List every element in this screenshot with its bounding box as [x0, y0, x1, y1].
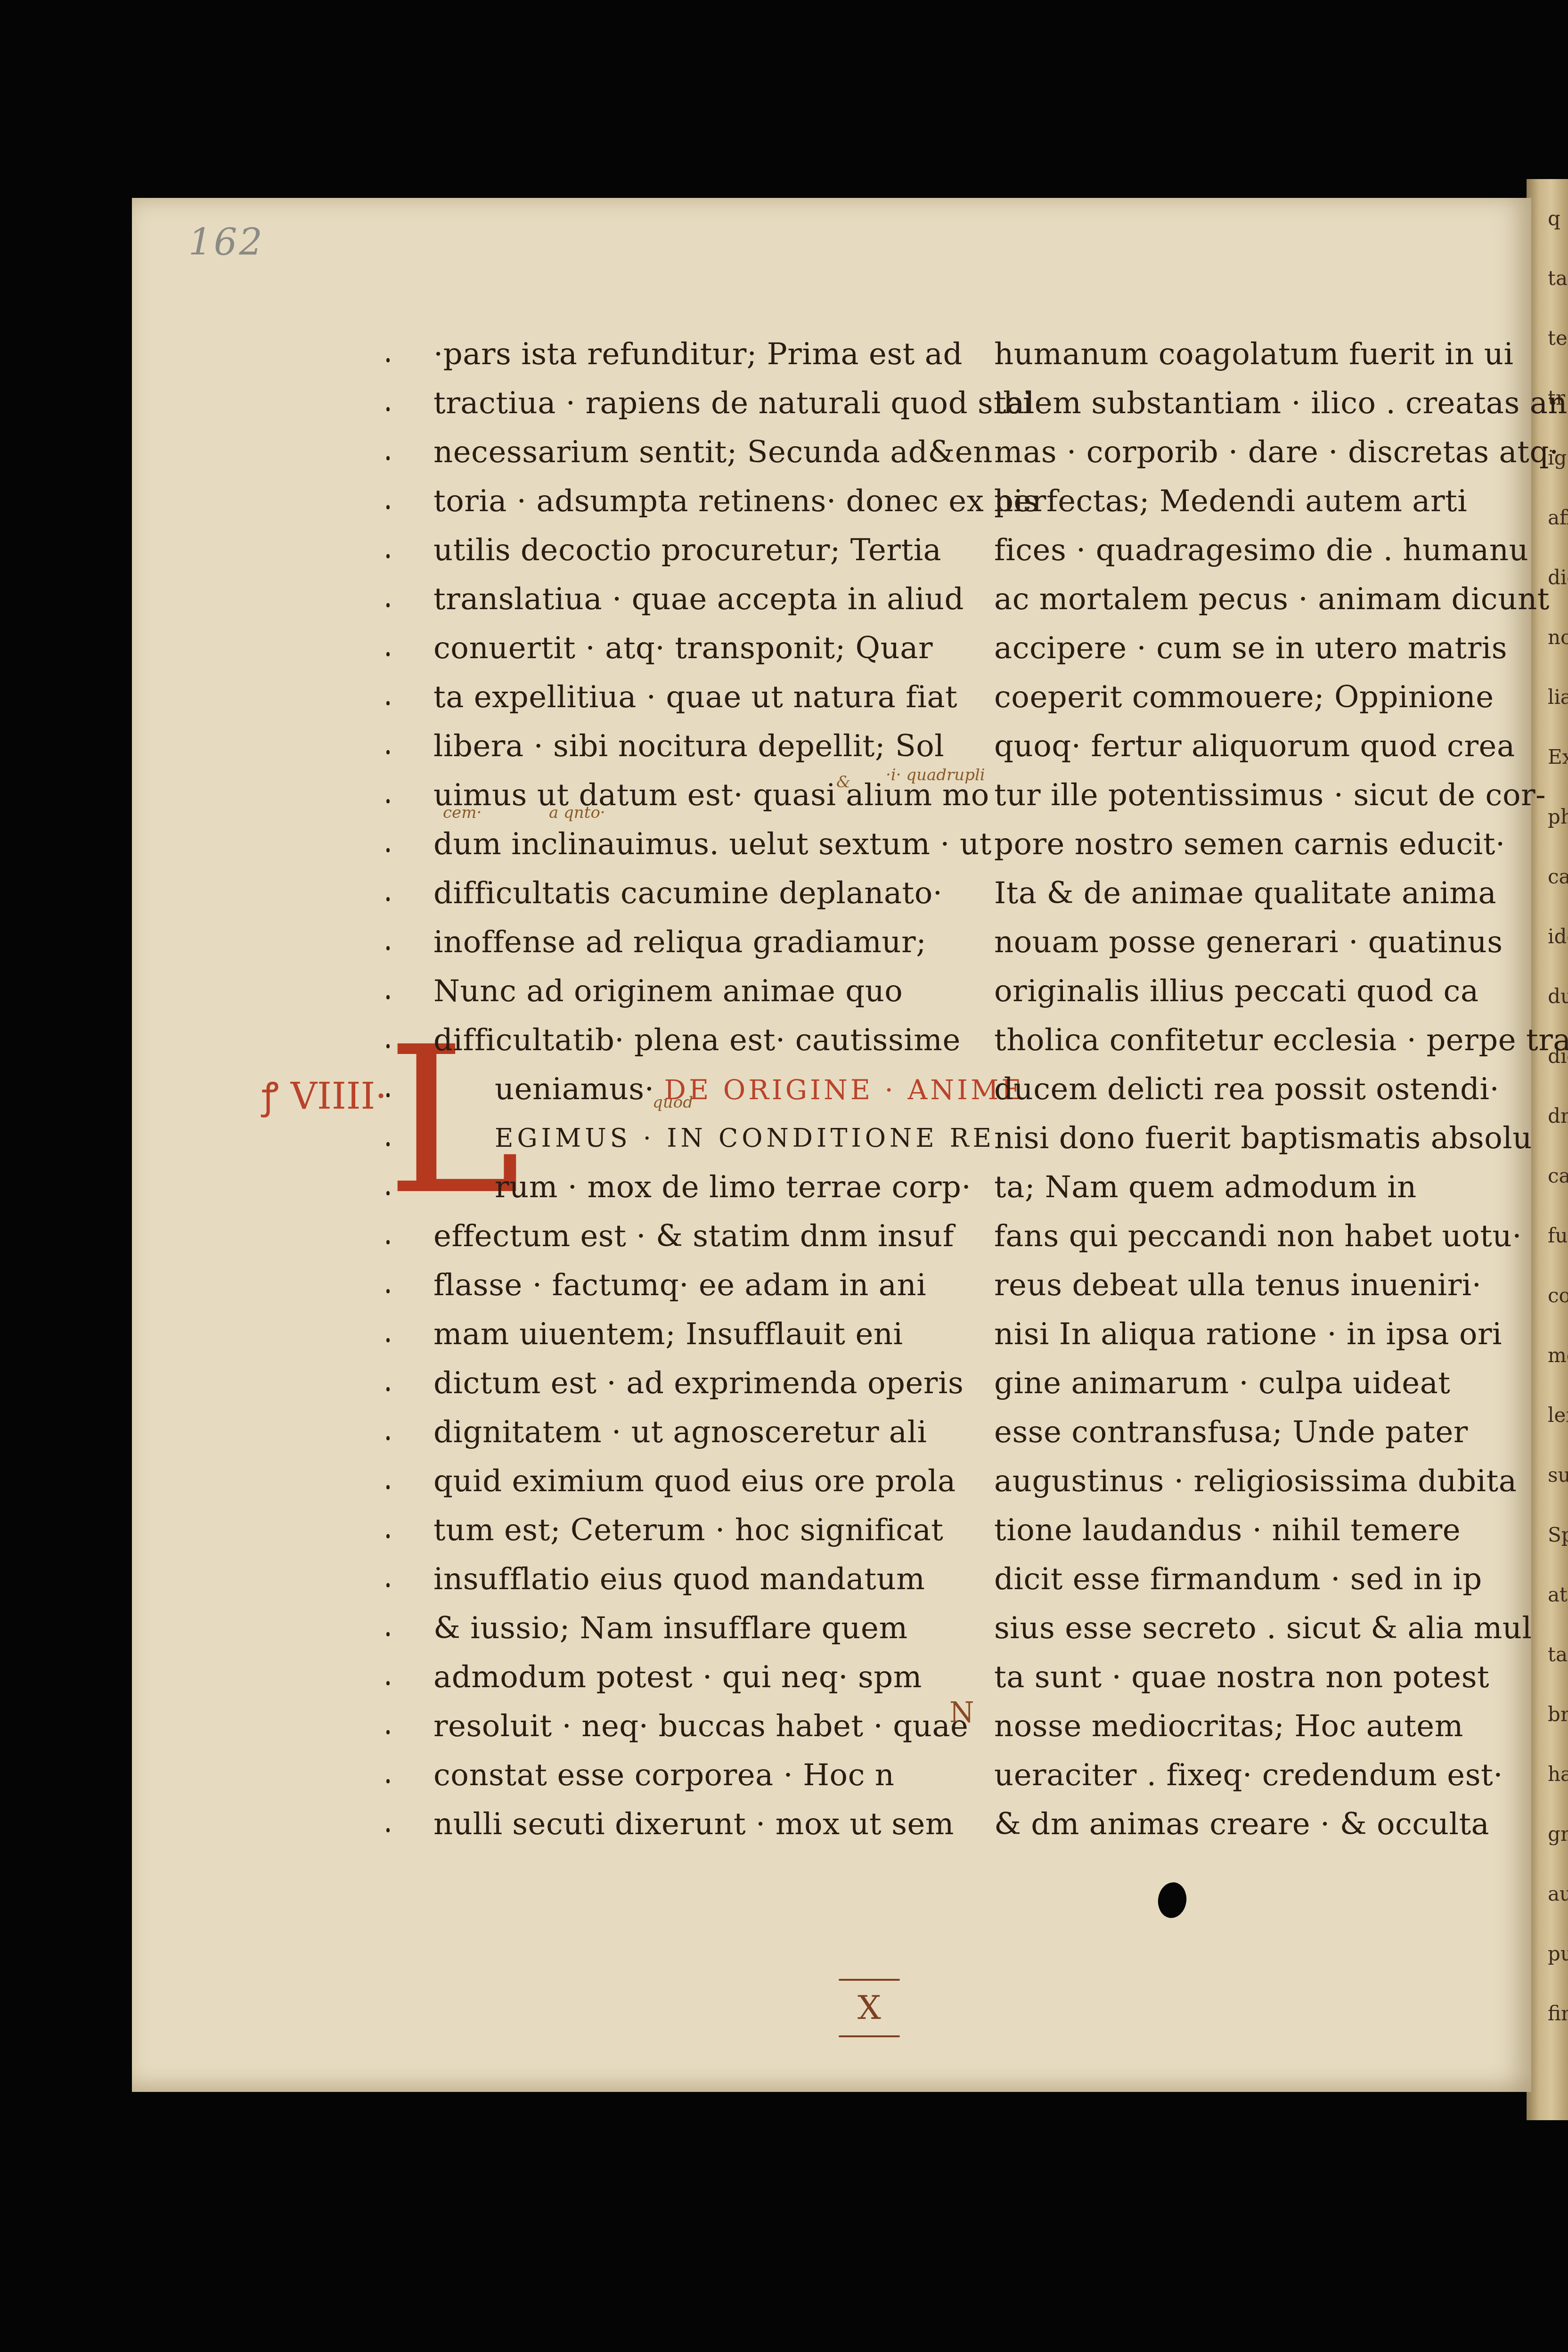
text-line: ta sunt · quae nostra non potest [994, 1653, 1517, 1702]
pricking-mark [386, 456, 390, 460]
pricking-mark [386, 358, 390, 362]
pricking-mark [386, 799, 390, 803]
pricking-mark [386, 1044, 390, 1048]
text-line: ta; Nam quem admodum in [994, 1163, 1517, 1212]
facing-leaf-fragment: briu [1548, 1684, 1568, 1744]
facing-leaf-fragment: calu [1548, 1146, 1568, 1206]
text-line: dignitatem · ut agnosceretur ali [433, 1408, 961, 1457]
facing-leaf-fragment: Spi [1548, 1505, 1568, 1565]
facing-leaf-fragment: dni [1548, 1086, 1568, 1146]
text-line: inoffense ad reliqua gradiamur; [433, 918, 961, 967]
text-line: originalis illius peccati quod ca [994, 967, 1517, 1016]
interlinear-gloss: ·i· quadrupli [886, 766, 985, 784]
text-column-left: ·pars ista refunditur; Prima est adtract… [433, 330, 961, 1849]
facing-leaf-fragment: mg [1548, 1325, 1568, 1385]
pricking-mark [386, 701, 390, 705]
facing-leaf-fragment: ph [1548, 787, 1568, 847]
quire-rule-bottom [839, 2035, 900, 2037]
pricking-mark [386, 897, 390, 901]
pricking-mark [386, 1240, 390, 1244]
pricking-mark [386, 750, 390, 754]
pricking-mark [386, 505, 390, 509]
pricking-mark [386, 1485, 390, 1489]
facing-leaf-fragment: dic [1548, 547, 1568, 607]
interlinear-gloss: a qnto· [549, 803, 605, 822]
interlinear-gloss: & [836, 773, 850, 792]
text-line: resoluit · neq· buccas habet · quae [433, 1702, 961, 1751]
text-line: flasse · factumq· ee adam in ani [433, 1261, 961, 1310]
facing-leaf-fragment: Ex [1548, 727, 1568, 787]
text-line: ta expellitiua · quae ut natura fiat [433, 673, 961, 722]
text-line: & iussio; Nam insufflare quem [433, 1604, 961, 1653]
pricking-mark [386, 603, 390, 607]
pricking-mark [386, 652, 390, 656]
text-line: Ita & de animae qualitate anima [994, 869, 1517, 918]
facing-leaf-fragment: ta qu [1548, 1625, 1568, 1684]
quire-rule-top [839, 1979, 900, 1981]
facing-leaf-fragment: lem [1548, 1385, 1568, 1445]
rubric-title: DE ORIGINE · ANIME [664, 1074, 1024, 1106]
text-line: quid eximium quod eius ore prola [433, 1457, 961, 1506]
facing-leaf-fragment: gna [1548, 1804, 1568, 1864]
quire-letter: X [834, 1988, 905, 2027]
quire-signature: X [834, 1969, 905, 2045]
text-line: & dm animas creare · & occulta [994, 1800, 1517, 1849]
facing-leaf-fragment: ta [1548, 248, 1568, 308]
pricking-mark [386, 1436, 390, 1440]
text-line: tractiua · rapiens de naturali quod sibi [433, 379, 961, 428]
facing-leaf-fragment: q [1548, 188, 1568, 248]
text-line: uimus ut datum est· quasi alium mo [433, 771, 961, 820]
pricking-mark [386, 1191, 390, 1195]
text-line: tholica confitetur ecclesia · perpe tra [994, 1016, 1517, 1065]
interlinear-gloss: quod [653, 1093, 693, 1112]
text-line: effectum est · & statim dnm insuf [433, 1212, 961, 1261]
pricking-mark [386, 1828, 390, 1832]
text-line: ueraciter . fixeq· credendum est· [994, 1751, 1517, 1800]
facing-leaf-fragment: aff [1548, 488, 1568, 547]
text-line: nisi In aliqua ratione · in ipsa ori [994, 1310, 1517, 1359]
pricking-mark [386, 946, 390, 950]
text-line: ac mortalem pecus · animam dicunt [994, 575, 1517, 624]
pricking-mark [386, 1779, 390, 1783]
text-line: pore nostro semen carnis educit· [994, 820, 1517, 869]
text-line: difficultatis cacumine deplanato· [433, 869, 961, 918]
interlinear-gloss: cem· [443, 803, 482, 822]
chapter-mark: ꝭ VIIII· [261, 1070, 387, 1119]
text-line: ducem delicti rea possit ostendi· [994, 1065, 1517, 1114]
text-line: sius esse secreto . sicut & alia mul [994, 1604, 1517, 1653]
text-line: ·pars ista refunditur; Prima est ad [433, 330, 961, 379]
pricking-mark [386, 407, 390, 411]
facing-leaf-fragment: no [1548, 607, 1568, 667]
facing-leaf-fragment: lia [1548, 667, 1568, 727]
text-line: tur ille potentissimus · sicut de cor- [994, 771, 1517, 820]
facing-leaf-fragment: cam [1548, 847, 1568, 906]
text-line: constat esse corporea · Hoc n [433, 1751, 961, 1800]
pricking-mark [386, 554, 390, 558]
facing-leaf-fragment: suff [1548, 1445, 1568, 1505]
pricking-mark [386, 1681, 390, 1685]
facing-leaf-fragment: te [1548, 308, 1568, 368]
text-line: nisi dono fuerit baptismatis absolu [994, 1114, 1517, 1163]
text-line: tum est; Ceterum · hoc significat [433, 1506, 961, 1555]
facing-leaf-fragment: conf [1548, 1266, 1568, 1325]
text-line: esse contransfusa; Unde pater [994, 1408, 1517, 1457]
pricking-mark [386, 995, 390, 999]
text-line: perfectas; Medendi autem arti [994, 477, 1517, 526]
text-line: coeperit commouere; Oppinione [994, 673, 1517, 722]
pricking-mark [386, 1387, 390, 1391]
pricking-mark [386, 1534, 390, 1538]
text-line: reus debeat ulla tenus inueniri· [994, 1261, 1517, 1310]
text-line: fices · quadragesimo die . humanu [994, 526, 1517, 575]
facing-leaf-fragment: atuf [1548, 1565, 1568, 1625]
pricking-mark [386, 1632, 390, 1636]
pricking-mark [386, 1289, 390, 1293]
text-line: rum · mox de limo terrae corp· [433, 1163, 961, 1212]
text-line: nosse mediocritas; Hoc autem [994, 1702, 1517, 1751]
facing-leaf-fragment: aut [1548, 1864, 1568, 1924]
pricking-mark [386, 1338, 390, 1342]
text-line: accipere · cum se in utero matris [994, 624, 1517, 673]
text-line: difficultatib· plena est· cautissime [433, 1016, 961, 1065]
text-line: dum inclinauimus. uelut sextum · ut [433, 820, 961, 869]
text-line: Nunc ad originem animae quo [433, 967, 961, 1016]
text-line: toria · adsumpta retinens· donec ex his [433, 477, 961, 526]
text-line: conuertit · atq· transponit; Quar [433, 624, 961, 673]
pricking-mark [386, 1142, 390, 1146]
text-line: augustinus · religiosissima dubita [994, 1457, 1517, 1506]
text-line: dictum est · ad exprimenda operis [433, 1359, 961, 1408]
text-line: admodum potest · qui neq· spm [433, 1653, 961, 1702]
text-line: mas · corporib · dare · discretas atq· [994, 428, 1517, 477]
pricking-mark [386, 1730, 390, 1734]
text-line: gine animarum · culpa uideat [994, 1359, 1517, 1408]
text-line: ueniamus· DE ORIGINE · ANIME [433, 1065, 961, 1114]
text-line: translatiua · quae accepta in aliud [433, 575, 961, 624]
text-line: mam uiuentem; Insufflauit eni [433, 1310, 961, 1359]
pricking-mark [386, 1093, 390, 1097]
facing-leaf-fragment: hac [1548, 1744, 1568, 1804]
text-line: necessarium sentit; Secunda ad&en [433, 428, 961, 477]
text-line: nouam posse generari · quatinus [994, 918, 1517, 967]
folio-number: 162 [188, 221, 264, 264]
text-line: libera · sibi nocitura depellit; Sol [433, 722, 961, 771]
text-line: insufflatio eius quod mandatum [433, 1555, 961, 1604]
text-line: dicit esse firmandum · sed in ip [994, 1555, 1517, 1604]
text-line: EGIMUS · IN CONDITIONE RE [433, 1114, 961, 1163]
text-line: quoq· fertur aliquorum quod crea [994, 722, 1517, 771]
text-line: utilis decoctio procuretur; Tertia [433, 526, 961, 575]
facing-leaf-fragment: fus· [1548, 1206, 1568, 1266]
text-column-right: humanum coagolatum fuerit in uitalem sub… [994, 330, 1517, 1849]
text-line: fans qui peccandi non habet uotu· [994, 1212, 1517, 1261]
pricking-mark [386, 848, 390, 852]
facing-leaf-fragment: pus [1548, 1924, 1568, 1984]
facing-leaf-fragment: duc [1548, 966, 1568, 1026]
facing-leaf-fragment: fine [1548, 1984, 1568, 2043]
text-line: nulli secuti dixerunt · mox ut sem [433, 1800, 961, 1849]
pricking-mark [386, 1583, 390, 1587]
facing-leaf-fragment: ide [1548, 906, 1568, 966]
text-line: humanum coagolatum fuerit in ui [994, 330, 1517, 379]
text-line: tione laudandus · nihil temere [994, 1506, 1517, 1555]
text-line: talem substantiam · ilico . creatas an [994, 379, 1517, 428]
margin-nota-mark: N [949, 1696, 974, 1729]
